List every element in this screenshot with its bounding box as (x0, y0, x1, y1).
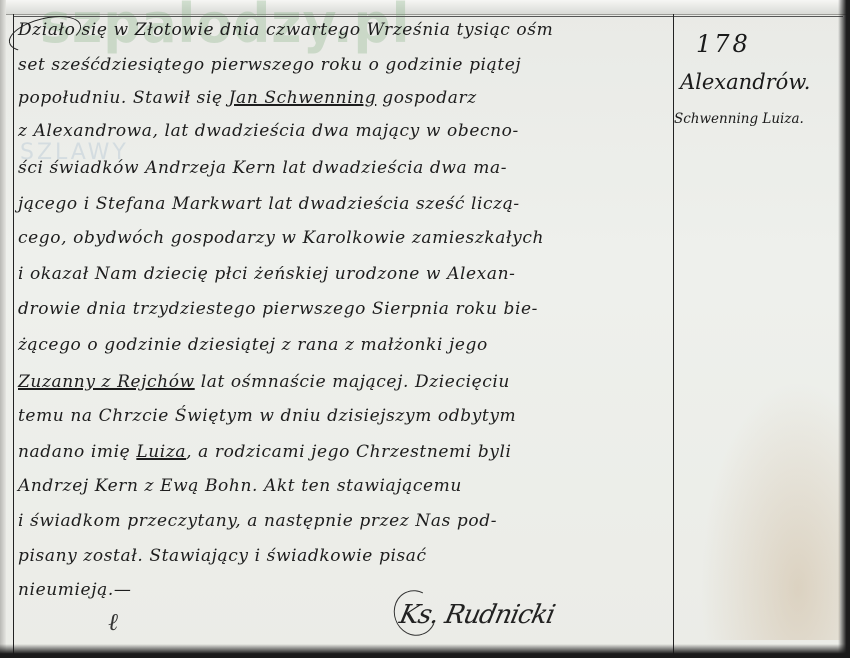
officiant-signature: Ks. Rudnicki (397, 600, 557, 630)
ruled-margin-left (13, 14, 14, 658)
record-line: nadano imię Luiza, a rodzicami jego Chrz… (18, 442, 512, 462)
record-line: pisany został. Stawiający i świadkowie p… (18, 546, 427, 566)
record-line: i świadkom przeczytany, a następnie prze… (18, 511, 497, 531)
underlined-name: Luiza (136, 442, 186, 462)
record-line: temu na Chrzcie Świętym w dniu dzisiejsz… (18, 406, 516, 426)
ruled-line-top (13, 16, 843, 17)
record-line: cego, obydwóch gospodarzy w Karolkowie z… (18, 228, 544, 248)
underlined-name: Zuzanny z Rejchów (18, 372, 195, 392)
paraph-mark: ℓ (108, 608, 118, 637)
underlined-name: Jan Schwenning (229, 88, 377, 108)
record-line: Zuzanny z Rejchów lat ośmnaście mającej.… (18, 372, 510, 392)
record-line: nieumieją.— (18, 580, 131, 600)
margin-place: Alexandrów. (680, 70, 810, 94)
page-left-edge (0, 0, 6, 658)
record-line: ści świadków Andrzeja Kern lat dwadzieśc… (18, 158, 507, 178)
record-line: Andrzej Kern z Ewą Bohn. Akt ten stawiaj… (18, 476, 462, 496)
record-line: jącego i Stefana Markwart lat dwadzieści… (18, 194, 520, 214)
record-number: 178 (696, 30, 751, 58)
record-line: żącego o godzinie dziesiątej z rana z ma… (18, 335, 488, 355)
record-line: z Alexandrowa, lat dwadzieścia dwa mając… (18, 121, 519, 141)
record-line: drowie dnia trzydziestego pierwszego Sie… (18, 299, 538, 319)
page-right-shadow (838, 0, 850, 658)
record-line: Działo się w Złotowie dnia czwartego Wrz… (18, 20, 553, 40)
register-page: szpalodzy.pl SZLAWY Działo się w Złotowi… (0, 0, 850, 658)
margin-name: Schwenning Luiza. (674, 111, 804, 127)
page-bottom-shadow (0, 644, 850, 658)
record-line: i okazał Nam dziecię płci żeńskiej urodz… (18, 264, 515, 284)
record-line: popołudniu. Stawił się Jan Schwenning go… (18, 88, 477, 108)
record-line: set sześćdziesiątego pierwszego roku o g… (18, 55, 521, 75)
